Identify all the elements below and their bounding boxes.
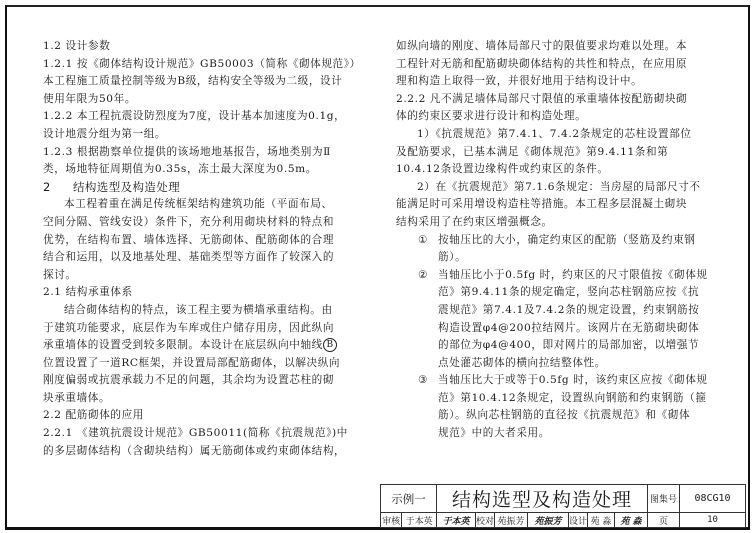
para-2-line1: 本工程着重在满足传统框架结构建筑功能（平面布局、 [43, 196, 365, 214]
section-2-heading: 2结构选型及构造处理 [43, 179, 365, 197]
section-2-number: 2 [43, 179, 73, 197]
section-2-title: 结构选型及构造处理 [73, 180, 180, 194]
para-2-2-2-line1: 2.2.2 凡不满足墙体局部尺寸限值的承重墙体按配筋砌块砌 [396, 91, 726, 109]
cont-para-line2: 工程针对无筋和配筋砌块砌体结构的共性和特点，在应用原 [396, 56, 726, 74]
sub-item-2-line1: 当轴压比小于0.5fg 时，约束区的尺寸限值按《砌体规 [438, 267, 726, 285]
item2-line2: 能满足时可采用增设构造柱等措施。本工程多层混凝土砌块 [396, 196, 726, 214]
sub-item-2-line4: 构造设置φ4@200拉结网片。该网片在无筋砌块砌体 [438, 320, 726, 338]
sub-item-2-line3: 震规范》第7.4.1及7.4.2条的规定设置，约束钢筋按 [438, 302, 726, 320]
para-2-1-line4: 位置设置了一道RC框架，并设置局部配筋砌体，以解决纵向 [43, 355, 365, 373]
para-2-1-line3: 承重墙体的设置受到较多限制。本设计在底层纵向中轴线B [43, 337, 365, 355]
atlas-number-label: 图集号 [648, 485, 680, 513]
para-1-2-1-line3: 使用年限为50年。 [43, 91, 365, 109]
item2-line1: 2）在《抗震规范》第7.1.6条规定：当房屋的局部尺寸不 [396, 179, 726, 197]
reviewer-name: 于本英 [402, 513, 437, 528]
reviewer-signature: 于本英 [437, 513, 476, 528]
check-label: 校对 [476, 513, 495, 528]
review-label: 审核 [381, 513, 402, 528]
example-label: 示例一 [381, 485, 437, 513]
right-column: 如纵向墙的刚度、墙体局部尺寸的限值要求均难以处理。本 工程针对无筋和配筋砌块砌体… [396, 38, 726, 443]
title-block: 示例一 结构选型及构造处理 图集号 08CG10 审核 于本英 于本英 校对 苑… [380, 484, 746, 528]
sub-item-1: ① 按轴压比的大小，确定约束区的配筋（竖筋及约束钢 筋）。 [396, 232, 726, 267]
section-2-2-heading: 2.2 配筋砌体的应用 [43, 407, 365, 425]
sub-item-1-line1: 按轴压比的大小，确定约束区的配筋（竖筋及约束钢 [438, 232, 726, 250]
para-2-2-2-line2: 体的约束区要求进行设计和构造处理。 [396, 108, 726, 126]
designer-name: 苑 淼 [588, 513, 615, 528]
section-1-2-heading: 1.2 设计参数 [43, 38, 365, 56]
drawing-title: 结构选型及构造处理 [437, 485, 648, 513]
cont-para-line3: 理和构造上取得一致，并很好地用于结构设计中。 [396, 73, 726, 91]
sub-item-3-marker: ③ [418, 372, 438, 442]
checker-signature: 苑振芳 [528, 513, 569, 528]
sub-item-2: ② 当轴压比小于0.5fg 时，约束区的尺寸限值按《砌体规 范》第9.4.11条… [396, 267, 726, 373]
sub-item-3-line3: 筋）。纵向芯柱钢筋的直径按《抗震规范》和《砌体 [438, 407, 726, 425]
section-2-1-heading: 2.1 结构承重体系 [43, 284, 365, 302]
sub-item-2-marker: ② [418, 267, 438, 373]
item2-line3: 结构采用了在约束区增强概念。 [396, 214, 726, 232]
sub-item-2-line2: 范》第9.4.11条的规定确定，竖向芯柱钢筋应按《抗 [438, 284, 726, 302]
para-2-2-1-line2: 的多层砌体结构（含砌块结构）属无筋砌体或约束砌体结构， [43, 443, 365, 461]
para-2-line2: 空间分隔、管线安设）条件下，充分利用砌块材料的特点和 [43, 214, 365, 232]
item1-line1: 1）《抗震规范》第7.4.1、7.4.2条规定的芯柱设置部位 [396, 126, 726, 144]
axis-b-marker: B [323, 338, 337, 352]
para-1-2-3-line1: 1.2.3 根据勘察单位提供的该场地地基报告，场地类别为Ⅱ [43, 144, 365, 162]
sub-item-3-line1: 当轴压比大于或等于0.5fg 时，该约束区应按《砌体规 [438, 372, 726, 390]
para-2-2-1-line1: 2.2.1 《建筑抗震设计规范》GB50011(简称《抗震规范》)中 [43, 425, 365, 443]
sub-item-3-line4: 规范》中的大者采用。 [438, 425, 726, 443]
para-2-line3: 优势，在结构布置、墙体选择、无筋砌体、配筋砌体的合理 [43, 232, 365, 250]
page-number: 10 [680, 513, 746, 528]
para-1-2-2-line2: 设计地震分组为第一组。 [43, 126, 365, 144]
para-1-2-3-line2: 类，场地特征周期值为0.35s，冻土最大深度为0.5m。 [43, 161, 365, 179]
para-2-1-line5: 刚度偏弱或抗震承载力不足的问题，其余均为设置芯柱的砌 [43, 372, 365, 390]
sub-item-3-line2: 范》第10.4.12条规定，设置纵向钢筋和约束钢筋（箍 [438, 390, 726, 408]
cont-para-line1: 如纵向墙的刚度、墙体局部尺寸的限值要求均难以处理。本 [396, 38, 726, 56]
para-2-1-line2: 于建筑功能要求，底层作为车库或住户储存用房，因此纵向 [43, 320, 365, 338]
atlas-number: 08CG10 [680, 485, 746, 513]
para-1-2-1-line1: 1.2.1 按《砌体结构设计规范》GB50003（简称《砌体规范》） [43, 56, 365, 74]
item1-line2: 及配筋要求，已基本满足《砌体规范》第9.4.11条和第 [396, 144, 726, 162]
sub-item-2-line6: 点处灌芯砌体的横向拉结整体性。 [438, 355, 726, 373]
item1-line3: 10.4.12条设置边缘构件或约束区的条件。 [396, 161, 726, 179]
designer-signature: 苑 淼 [615, 513, 648, 528]
para-1-2-2-line1: 1.2.2 本工程抗震设防烈度为7度，设计基本加速度为0.1g， [43, 108, 365, 126]
checker-name: 苑振芳 [495, 513, 528, 528]
sub-item-1-line2: 筋）。 [438, 249, 726, 267]
para-1-2-1-line2: 本工程施工质量控制等级为B级，结构安全等级为二级，设计 [43, 73, 365, 91]
sub-item-1-marker: ① [418, 232, 438, 267]
design-label: 设计 [569, 513, 588, 528]
para-2-1-line6: 块承重墙体。 [43, 390, 365, 408]
para-2-line5: 探讨。 [43, 267, 365, 285]
sub-item-3: ③ 当轴压比大于或等于0.5fg 时，该约束区应按《砌体规 范》第10.4.12… [396, 372, 726, 442]
page-label: 页 [648, 513, 680, 528]
para-2-1-line1: 结合砌体结构的特点，该工程主要为横墙承重结构。由 [43, 302, 365, 320]
sub-item-2-line5: 的部位为φ4@400，即对网片的局部加密，以增强节 [438, 337, 726, 355]
para-2-1-line3-text: 承重墙体的设置受到较多限制。本设计在底层纵向中轴线 [43, 339, 323, 351]
left-column: 1.2 设计参数 1.2.1 按《砌体结构设计规范》GB50003（简称《砌体规… [43, 38, 365, 460]
para-2-line4: 结合和运用，以及地基处理、基础类型等方面作了较深入的 [43, 249, 365, 267]
